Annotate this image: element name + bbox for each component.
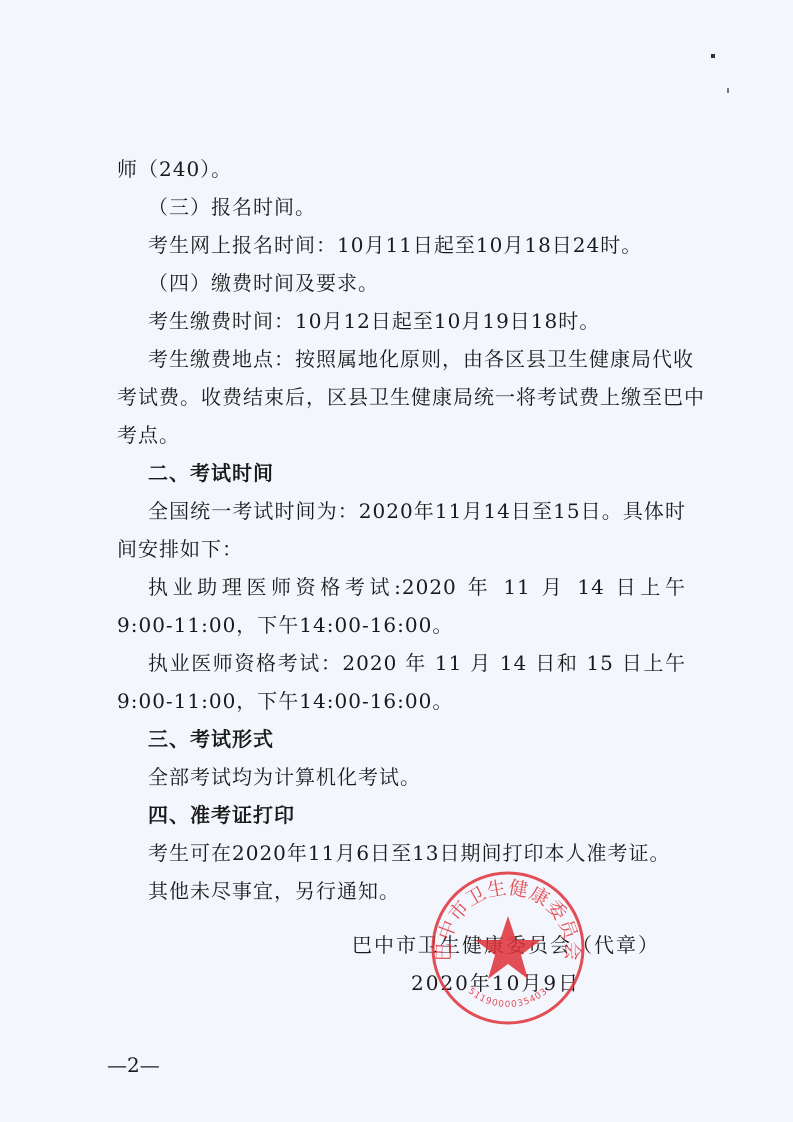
text-line: 师（240）。 [117, 157, 697, 181]
text-line: 间安排如下： [117, 537, 697, 561]
text-line: 执业助理医师资格考试:2020 年 11 月 14 日上午 [148, 575, 686, 599]
text-line: 9:00-11:00，下午14:00-16:00。 [117, 689, 697, 713]
text-line: 其他未尽事宜，另行通知。 [148, 879, 728, 903]
scan-speck [711, 54, 715, 58]
text-line: 考生缴费时间：10月12日起至10月19日18时。 [148, 309, 728, 333]
scan-speck [727, 88, 729, 93]
text-line: 考生网上报名时间：10月11日起至10月18日24时。 [148, 233, 728, 257]
text-line: 考点。 [117, 423, 697, 447]
section-subheading: （四）缴费时间及要求。 [148, 271, 728, 295]
page-number: —2— [107, 1053, 160, 1077]
section-heading: 四、准考证打印 [148, 803, 728, 827]
document-page: 师（240）。 （三）报名时间。 考生网上报名时间：10月11日起至10月18日… [0, 0, 793, 1122]
section-heading: 二、考试时间 [148, 461, 728, 485]
text-line: 全部考试均为计算机化考试。 [148, 765, 728, 789]
signature-organization: 巴中市卫生健康委员会（代章） [352, 933, 660, 957]
text-line: 考试费。收费结束后，区县卫生健康局统一将考试费上缴至巴中 [117, 385, 686, 409]
text-line: 考生缴费地点：按照属地化原则，由各区县卫生健康局代收 [148, 347, 686, 371]
text-line: 执业医师资格考试：2020 年 11 月 14 日和 15 日上午 [148, 651, 686, 675]
text-line: 9:00-11:00，下午14:00-16:00。 [117, 613, 697, 637]
text-line: 全国统一考试时间为：2020年11月14日至15日。具体时 [148, 499, 686, 523]
text-line: 考生可在2020年11月6日至13日期间打印本人准考证。 [148, 841, 728, 865]
section-heading: 三、考试形式 [148, 727, 728, 751]
signature-date: 2020年10月9日 [411, 971, 580, 995]
section-subheading: （三）报名时间。 [148, 195, 728, 219]
